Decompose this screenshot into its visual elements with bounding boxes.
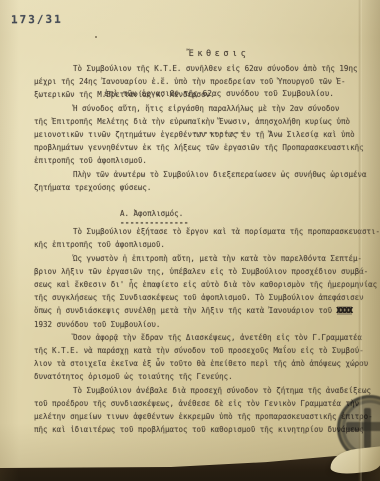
stamp-band: [346, 422, 380, 431]
text-line: προβλημάτων γεννηθέντων ἐκ τῆς λήξεως τῶ…: [34, 141, 374, 154]
text-line: δυνατότητος ὁρισμοῦ ὡς τοιαύτης τῆς Γενε…: [34, 370, 374, 383]
paragraph: Ἡ σύνοδος αὕτη, ἥτις εἰργάσθη παραλλήλως…: [34, 102, 374, 168]
text-line: βριον λῆξιν τῶν ἐργασιῶν της, ὑπέβαλεν ε…: [34, 265, 374, 278]
text-line: μειονοτικῶν τινῶν ζητημάτων ἐγερθέντων κ…: [34, 128, 374, 141]
text-line: λιον τὰ στοιχεῖα ἐκεῖνα ἐξ ὧν τοῦτο θὰ ἐ…: [34, 357, 374, 370]
section-heading-block: Α. Ἀφοπλισμός. --------------: [34, 207, 374, 225]
paragraph: Πλὴν τῶν ἀνωτέρω τὸ Συμβούλιον διεξεπερα…: [34, 168, 374, 194]
archive-number-stamp: 173/31: [11, 13, 63, 26]
text-line: Ὅσον ἀφορᾷ τὴν ἕδραν τῆς Διασκέψεως, ἀνε…: [34, 331, 374, 344]
scanned-document-page: 173/31 Ἔκθεσις ἐπὶ τῶν ἐργασιῶν τῆς 62ας…: [0, 0, 380, 481]
paragraph: Ὡς γνωστὸν ἡ ἐπιτροπὴ αὕτη, μετὰ τὴν κατ…: [34, 252, 374, 331]
paragraph: Τὸ Συμβούλιον ἐξήτασε τὸ ἔργον καὶ τὰ πο…: [34, 225, 374, 251]
text-line: τοῦ προέδρου τῆς συνδιασκέψεως, ἀνέθεσε …: [34, 397, 374, 410]
paragraph: Τὸ Συμβούλιον ἀνέβαλε διὰ προσεχῆ σύνοδο…: [34, 384, 374, 437]
paragraph: Τὸ Συμβούλιον τῆς Κ.Τ.Ε. συνῆλθεν εἰς 62…: [34, 62, 374, 102]
text-line: Πλὴν τῶν ἀνωτέρω τὸ Συμβούλιον διεξεπερα…: [34, 168, 374, 181]
text-line: Τὸ Συμβούλιον ἐξήτασε τὸ ἔργον καὶ τὰ πο…: [34, 225, 374, 238]
text-line: Ὡς γνωστὸν ἡ ἐπιτροπὴ αὕτη, μετὰ τὴν κατ…: [34, 252, 374, 265]
text-line: τῆς Ἐπιτροπῆς Μελέτης διὰ τὴν εὐρωπαϊκὴν…: [34, 115, 374, 128]
document-title: Ἔκθεσις: [58, 48, 380, 61]
text-line: Τὸ Συμβούλιον τῆς Κ.Τ.Ε. συνῆλθεν εἰς 62…: [34, 62, 374, 75]
text-line: κῆς ἐπιτροπῆς τοῦ ἀφοπλισμοῦ.: [34, 238, 374, 251]
text-line: Τὸ Συμβούλιον ἀνέβαλε διὰ προσεχῆ σύνοδο…: [34, 384, 374, 397]
text-line: 1932 συνόδου τοῦ Συμβουλίου.: [34, 318, 374, 331]
overtyped-correction: ΧΧΧΧ: [337, 306, 353, 315]
paragraph: Ὅσον ἀφορᾷ τὴν ἕδραν τῆς Διασκέψεως, ἀνε…: [34, 331, 374, 384]
text-line: ξωτερικῶν τῆς Μ.Βρεττανίας κ. Χένδερσον.: [34, 88, 374, 101]
document-body: Τὸ Συμβούλιον τῆς Κ.Τ.Ε. συνῆλθεν εἰς 62…: [34, 62, 374, 436]
text-line: σεως καὶ ἔκθεσιν δι' ἧς ἐπαφίετο εἰς αὐτ…: [34, 278, 374, 291]
text-line: μέχρι τῆς 24ης Ἰανουαρίου ἐ.ἔ. ὑπὸ τὴν π…: [34, 75, 374, 88]
text-line: τῆς συγκλήσεως τῆς Συνδιασκέψεως τοῦ ἀφο…: [34, 291, 374, 304]
stamp-emblem: [364, 408, 371, 448]
page-bottom-shadow: [0, 454, 380, 481]
text-line: Ἡ σύνοδος αὕτη, ἥτις εἰργάσθη παραλλήλως…: [34, 102, 374, 115]
text-line: ἐπιτροπῆς τοῦ ἀφοπλισμοῦ.: [34, 154, 374, 167]
text-line: μελέτην σημείων τινων ἀφεθέντων ἐκκρεμῶν…: [34, 410, 374, 423]
text-line: ζητήματα τρεχούσης φύσεως.: [34, 181, 374, 194]
text-line-with-overtype: ὅπως ἡ συνδιάσκεψις συνέλθῃ μετὰ τὴν λῆξ…: [34, 304, 374, 317]
text-line: πῆς καὶ ἰδιαιτέρως τοῦ προβλήματος τοῦ κ…: [34, 423, 374, 436]
text-line: ὅπως ἡ συνδιάσκεψις συνέλθῃ μετὰ τὴν λῆξ…: [34, 306, 337, 315]
text-line: τῆς Κ.Τ.Ε. νὰ παράσχῃ κατὰ τὴν σύνοδον τ…: [34, 344, 374, 357]
